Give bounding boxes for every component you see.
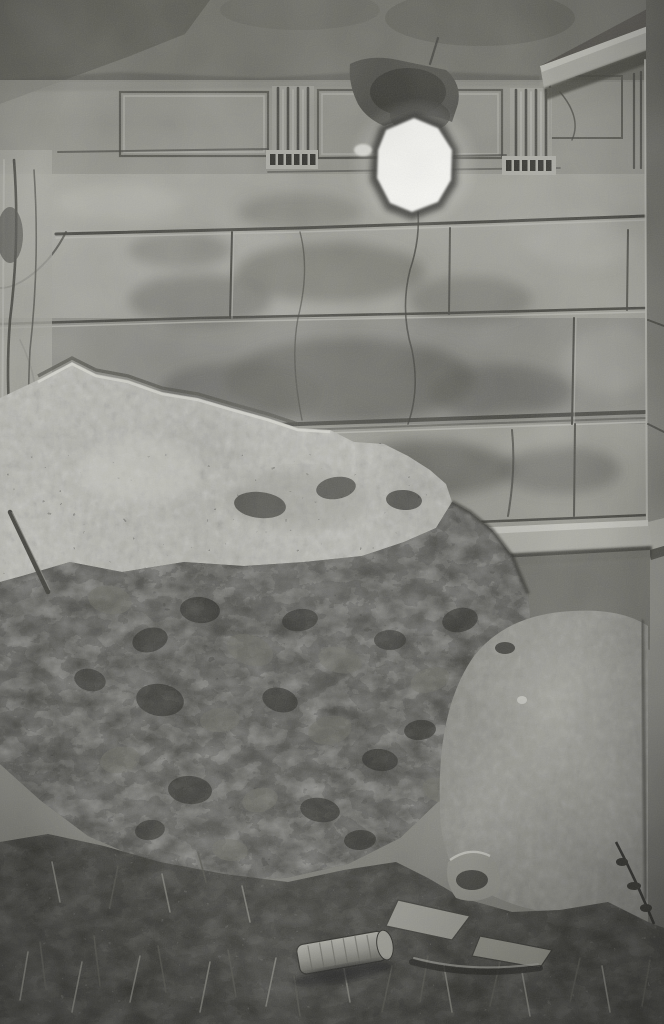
photo-effects — [0, 0, 664, 1024]
ruined-wall-photograph — [0, 0, 664, 1024]
vignette-overlay — [0, 0, 664, 1024]
photo-canvas — [0, 0, 664, 1024]
